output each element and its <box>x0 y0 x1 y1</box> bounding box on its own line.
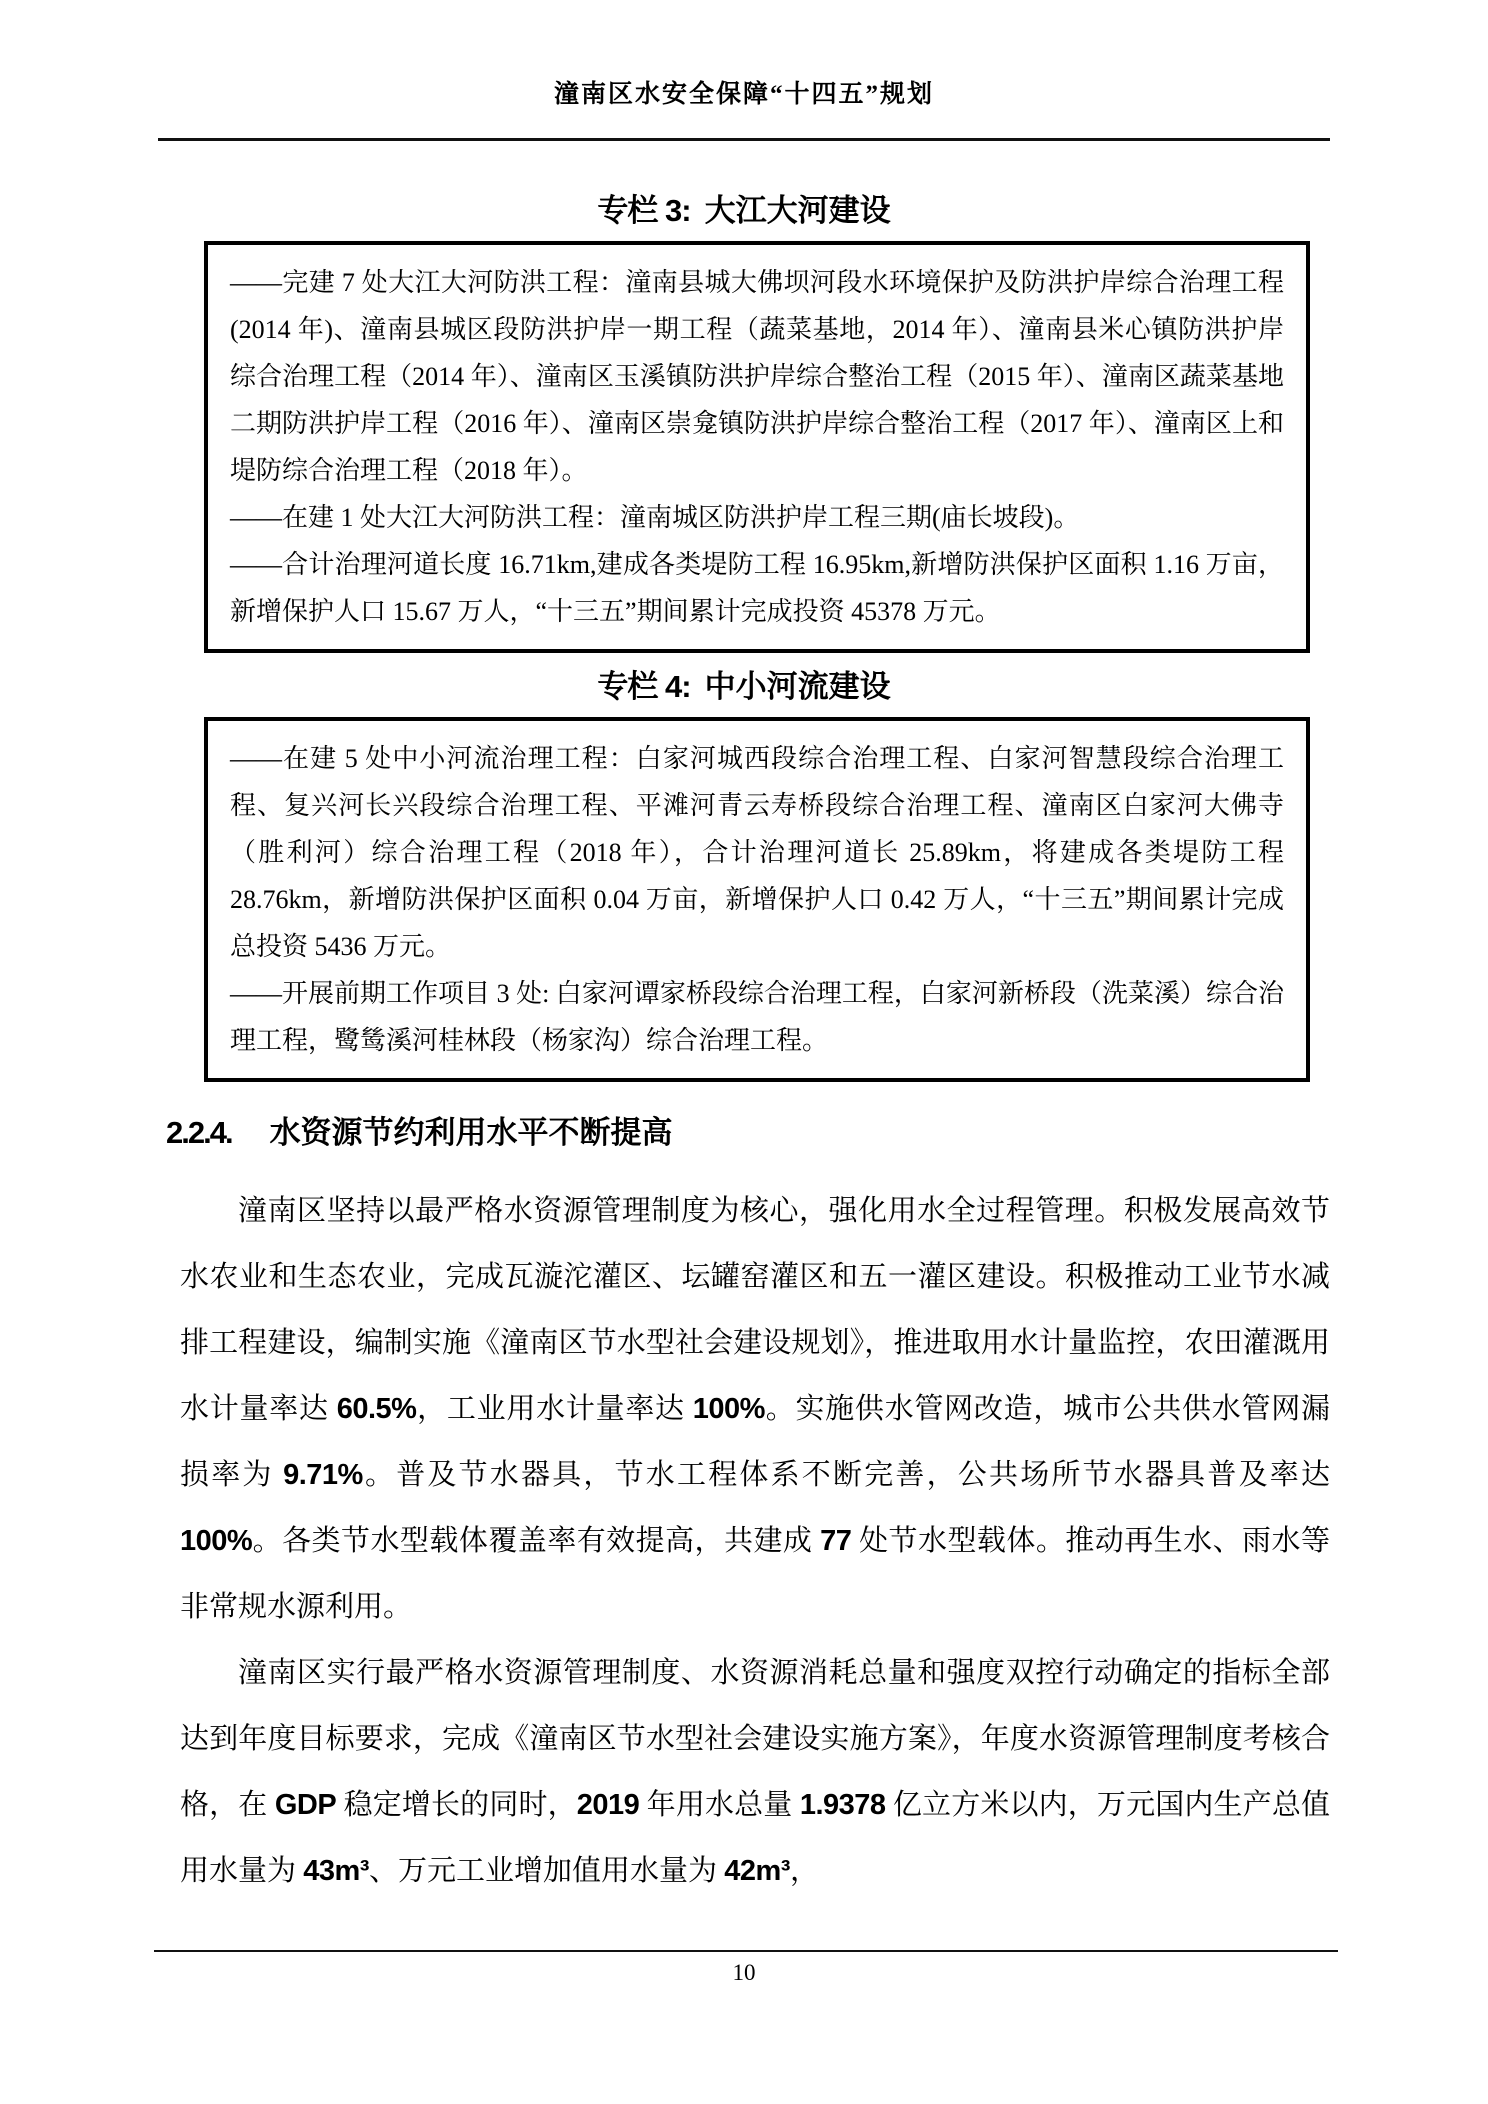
column4-title: 中小河流建设 <box>705 669 891 704</box>
emphasized-value: 9.71% <box>283 1459 363 1491</box>
section-number: 2.2.4. <box>166 1115 232 1150</box>
text-run: 、万元工业增加值用水量为 <box>369 1855 724 1887</box>
text-run: 。普及节水器具，节水工程体系不断完善，公共场所节水器具普及率达 <box>363 1459 1330 1491</box>
box-paragraph: ——完建 7 处大江大河防洪工程：潼南县城大佛坝河段水环境保护及防洪护岸综合治理… <box>230 259 1284 494</box>
emphasized-value: 77 <box>820 1525 851 1557</box>
column3-title: 大江大河建设 <box>705 193 891 228</box>
emphasized-value: 60.5% <box>337 1393 417 1425</box>
emphasized-value: 42m³ <box>724 1855 790 1887</box>
box-paragraph: ——在建 5 处中小河流治理工程：白家河城西段综合治理工程、白家河智慧段综合治理… <box>230 735 1284 970</box>
emphasized-value: GDP <box>275 1789 336 1821</box>
emphasized-value: 43m³ <box>303 1855 369 1887</box>
emphasized-value: 100% <box>693 1393 765 1425</box>
footer-rule <box>154 1950 1338 1952</box>
text-run: 年用水总量 <box>639 1789 800 1821</box>
column3-box: ——完建 7 处大江大河防洪工程：潼南县城大佛坝河段水环境保护及防洪护岸综合治理… <box>204 241 1310 653</box>
text-run: ， <box>790 1855 819 1887</box>
emphasized-value: 2019 <box>577 1789 640 1821</box>
box-paragraph: ——在建 1 处大江大河防洪工程：潼南城区防洪护岸工程三期(庙长坡段)。 <box>230 494 1284 541</box>
text-run: 潼南区坚持以最严格水资源管理制度为核心，强化用水全过程管理。积极发展高效节水农业… <box>180 1195 1330 1425</box>
page-content: 潼南区水安全保障“十四五”规划 专栏 3:大江大河建设 ——完建 7 处大江大河… <box>158 0 1330 1904</box>
section-heading: 2.2.4.水资源节约利用水平不断提高 <box>166 1112 1330 1154</box>
document-page: 潼南区水安全保障“十四五”规划 专栏 3:大江大河建设 ——完建 7 处大江大河… <box>0 0 1488 2104</box>
column4-box: ——在建 5 处中小河流治理工程：白家河城西段综合治理工程、白家河智慧段综合治理… <box>204 717 1310 1082</box>
text-run: 。各类节水型载体覆盖率有效提高，共建成 <box>252 1525 820 1557</box>
body-paragraph-2: 潼南区实行最严格水资源管理制度、水资源消耗总量和强度双控行动确定的指标全部达到年… <box>180 1640 1330 1904</box>
page-number: 10 <box>0 1958 1488 1988</box>
box-paragraph: ——合计治理河道长度 16.71km,建成各类堤防工程 16.95km,新增防洪… <box>230 541 1284 635</box>
text-run: ，工业用水计量率达 <box>416 1393 692 1425</box>
emphasized-value: 1.9378 <box>800 1789 886 1821</box>
column3-label: 专栏 3: <box>597 193 690 228</box>
document-header-title: 潼南区水安全保障“十四五”规划 <box>158 0 1330 112</box>
body-paragraph-1: 潼南区坚持以最严格水资源管理制度为核心，强化用水全过程管理。积极发展高效节水农业… <box>180 1178 1330 1640</box>
box-paragraph: ——开展前期工作项目 3 处: 白家河谭家桥段综合治理工程，白家河新桥段（洗菜溪… <box>230 970 1284 1064</box>
text-run: 稳定增长的同时， <box>336 1789 577 1821</box>
header-rule <box>158 138 1330 141</box>
column4-label: 专栏 4: <box>597 669 690 704</box>
column3-heading: 专栏 3:大江大河建设 <box>158 189 1330 233</box>
section-title: 水资源节约利用水平不断提高 <box>270 1115 673 1150</box>
emphasized-value: 100% <box>180 1525 252 1557</box>
column4-heading: 专栏 4:中小河流建设 <box>158 665 1330 709</box>
